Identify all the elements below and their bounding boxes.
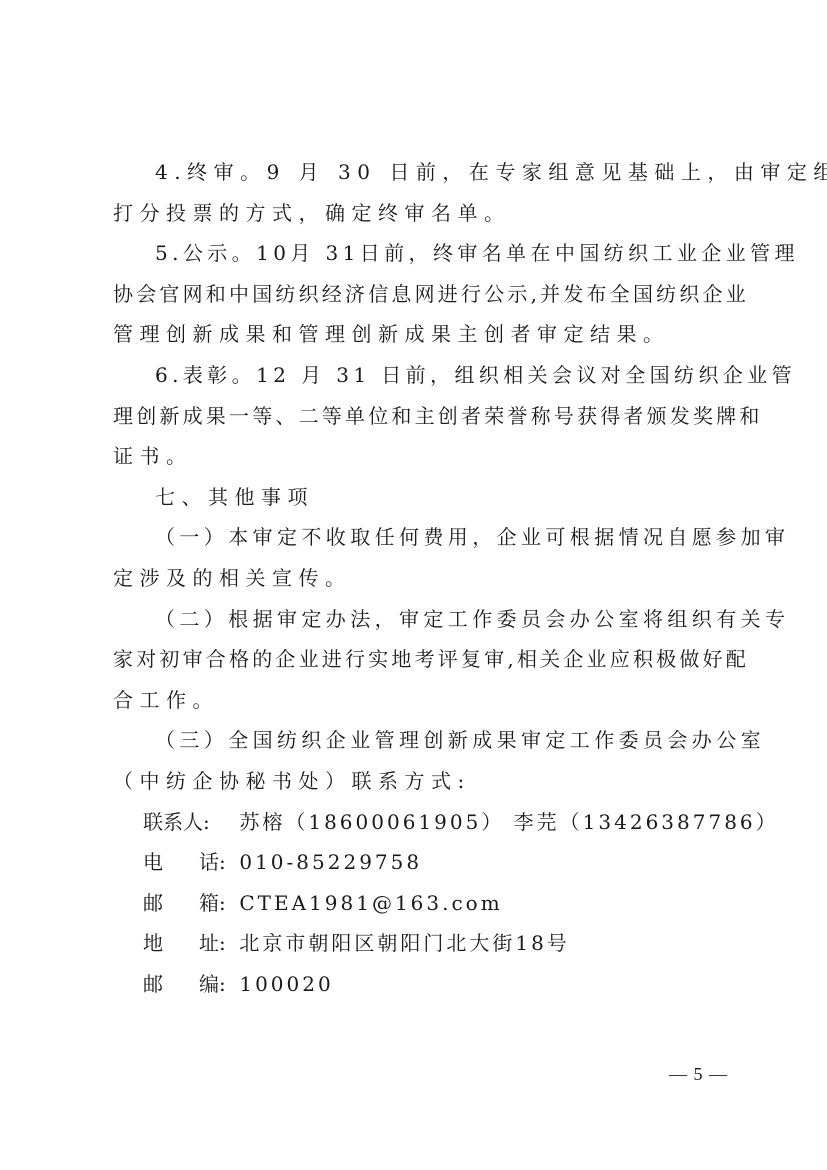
- contact-email-row: 邮箱: CTEA1981@163.com: [113, 883, 721, 924]
- paragraph-line: 4.终审。9 月 30 日前，在专家组意见基础上，由审定组以: [113, 152, 721, 193]
- document-body: 4.终审。9 月 30 日前，在专家组意见基础上，由审定组以 打分投票的方式，确…: [113, 152, 721, 1004]
- paragraph-line: 家对初审合格的企业进行实地考评复审,相关企业应积极做好配: [113, 639, 721, 680]
- paragraph-line: 6.表彰。12 月 31 日前，组织相关会议对全国纺织企业管: [113, 355, 721, 396]
- contact-label: 地址:: [143, 923, 230, 964]
- contact-phone-row: 电话: 010-85229758: [113, 842, 721, 883]
- paragraph-line: （二）根据审定办法，审定工作委员会办公室将组织有关专: [113, 599, 721, 640]
- contact-value: 100020: [239, 972, 333, 996]
- paragraph-line: 证书。: [113, 436, 721, 477]
- paragraph-line: 理创新成果一等、二等单位和主创者荣誉称号获得者颁发奖牌和: [113, 396, 721, 437]
- paragraph-line: 定涉及的相关宣传。: [113, 558, 721, 599]
- contact-value: CTEA1981@163.com: [239, 891, 502, 915]
- contact-label: 邮编:: [143, 964, 230, 1005]
- contact-label: 联系人:: [143, 802, 230, 843]
- contact-label: 邮箱:: [143, 883, 230, 924]
- contact-person-row: 联系人: 苏榕（18600061905） 李芫（13426387786）: [113, 802, 721, 843]
- contact-value: 010-85229758: [239, 850, 422, 874]
- paragraph-line: 管理创新成果和管理创新成果主创者审定结果。: [113, 314, 721, 355]
- paragraph-line: 打分投票的方式，确定终审名单。: [113, 193, 721, 234]
- contact-value: 北京市朝阳区朝阳门北大街18号: [239, 931, 569, 955]
- paragraph-line: 5.公示。10月 31日前，终审名单在中国纺织工业企业管理: [113, 233, 721, 274]
- paragraph-line: （一）本审定不收取任何费用，企业可根据情况自愿参加审: [113, 517, 721, 558]
- paragraph-line: （中纺企协秘书处）联系方式:: [113, 761, 721, 802]
- paragraph-line: 协会官网和中国纺织经济信息网进行公示,并发布全国纺织企业: [113, 274, 721, 315]
- contact-address-row: 地址: 北京市朝阳区朝阳门北大街18号: [113, 923, 721, 964]
- paragraph-line: （三）全国纺织企业管理创新成果审定工作委员会办公室: [113, 720, 721, 761]
- paragraph-line: 合工作。: [113, 680, 721, 721]
- contact-postcode-row: 邮编: 100020: [113, 964, 721, 1005]
- contact-label: 电话:: [143, 842, 230, 883]
- page-number: — 5 —: [669, 1064, 728, 1085]
- contact-value: 苏榕（18600061905） 李芫（13426387786）: [239, 810, 778, 834]
- section-heading: 七、其他事项: [113, 477, 721, 518]
